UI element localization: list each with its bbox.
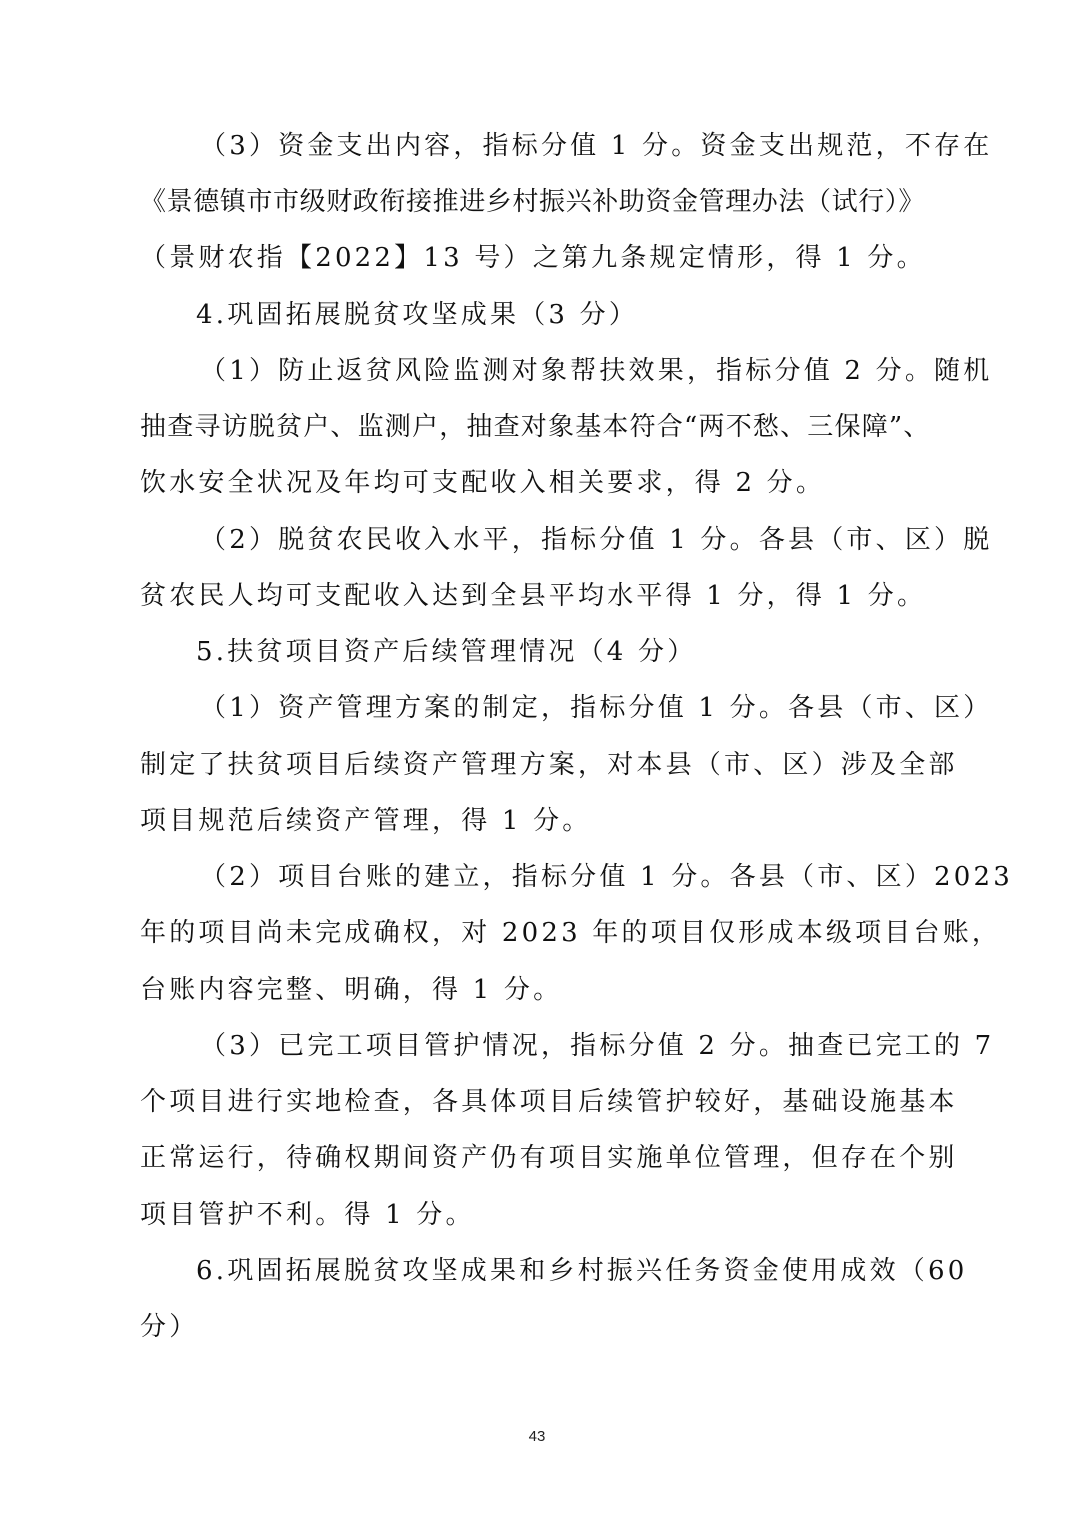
section-heading: 4.巩固拓展脱贫攻坚成果（3 分） bbox=[196, 297, 638, 333]
paragraph-line: 项目管护不利。得 1 分。 bbox=[140, 1197, 475, 1233]
paragraph-line: （景财农指【2022】13 号）之第九条规定情形，得 1 分。 bbox=[140, 240, 926, 276]
paragraph-line: 制定了扶贫项目后续资产管理方案，对本县（市、区）涉及全部 bbox=[140, 747, 958, 783]
paragraph-line: 饮水安全状况及年均可支配收入相关要求，得 2 分。 bbox=[140, 465, 825, 501]
section-heading: 5.扶贫项目资产后续管理情况（4 分） bbox=[196, 634, 696, 670]
section-heading: 分） bbox=[140, 1309, 198, 1345]
paragraph-line: 正常运行，待确权期间资产仍有项目实施单位管理，但存在个别 bbox=[140, 1140, 958, 1176]
paragraph-line: 项目规范后续资产管理，得 1 分。 bbox=[140, 803, 591, 839]
paragraph-line: （1）资产管理方案的制定，指标分值 1 分。各县（市、区） bbox=[200, 690, 992, 726]
paragraph-line: 《景德镇市市级财政衔接推进乡村振兴补助资金管理办法（试行）》 bbox=[140, 184, 925, 220]
paragraph-line: 抽查寻访脱贫户、监测户，抽查对象基本符合“两不愁、三保障”、 bbox=[140, 409, 931, 445]
section-heading: 6.巩固拓展脱贫攻坚成果和乡村振兴任务资金使用成效（60 bbox=[196, 1253, 968, 1289]
paragraph-line: 台账内容完整、明确，得 1 分。 bbox=[140, 972, 562, 1008]
paragraph-line: 贫农民人均可支配收入达到全县平均水平得 1 分，得 1 分。 bbox=[140, 578, 926, 614]
paragraph-line: 年的项目尚未完成确权，对 2023 年的项目仅形成本级项目台账， bbox=[140, 915, 1001, 951]
paragraph-line: 个项目进行实地检查，各具体项目后续管护较好，基础设施基本 bbox=[140, 1084, 958, 1120]
paragraph-line: （3）资金支出内容，指标分值 1 分。资金支出规范，不存在 bbox=[200, 128, 992, 164]
paragraph-line: （2）脱贫农民收入水平，指标分值 1 分。各县（市、区）脱 bbox=[200, 522, 992, 558]
paragraph-line: （2）项目台账的建立，指标分值 1 分。各县（市、区）2023 bbox=[200, 859, 1013, 895]
paragraph-line: （1）防止返贫风险监测对象帮扶效果，指标分值 2 分。随机 bbox=[200, 353, 992, 389]
document-page: （3）资金支出内容，指标分值 1 分。资金支出规范，不存在 《景德镇市市级财政衔… bbox=[0, 0, 1074, 1520]
paragraph-line: （3）已完工项目管护情况，指标分值 2 分。抽查已完工的 7 bbox=[200, 1028, 994, 1064]
page-number: 43 bbox=[0, 1428, 1074, 1445]
